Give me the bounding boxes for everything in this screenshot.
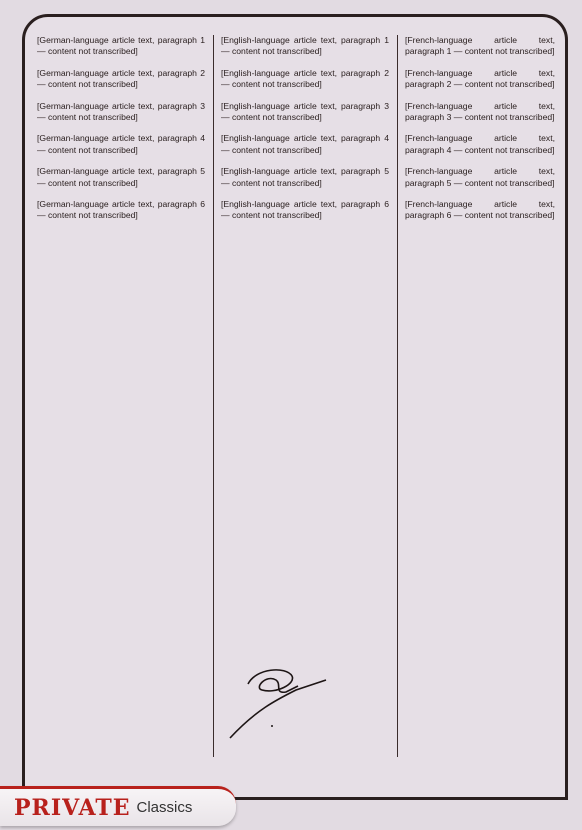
paragraph: [German-language article text, paragraph… [37,133,205,156]
paragraph: [English-language article text, paragrap… [221,68,389,91]
brand-logo: PRIVATE [14,795,130,821]
paragraph: [French-language article text, paragraph… [405,101,555,124]
column-divider [213,35,214,757]
paragraph: [English-language article text, paragrap… [221,133,389,156]
paragraph: [German-language article text, paragraph… [37,199,205,222]
paragraph: [French-language article text, paragraph… [405,35,555,58]
brand-subtitle: Classics [136,799,192,816]
column-german: [German-language article text, paragraph… [37,35,205,787]
paragraph: [English-language article text, paragrap… [221,166,389,189]
paragraph: [German-language article text, paragraph… [37,68,205,91]
column-french: [French-language article text, paragraph… [405,35,555,787]
paragraph: [French-language article text, paragraph… [405,199,555,222]
paragraph: [English-language article text, paragrap… [221,101,389,124]
signature-icon [226,660,336,740]
paragraph: [French-language article text, paragraph… [405,166,555,189]
paragraph: [German-language article text, paragraph… [37,166,205,189]
paragraph: [French-language article text, paragraph… [405,133,555,156]
paragraph: [English-language article text, paragrap… [221,35,389,58]
paragraph: [German-language article text, paragraph… [37,101,205,124]
brand-banner: PRIVATE Classics [0,786,236,826]
paragraph: [English-language article text, paragrap… [221,199,389,222]
paragraph: [French-language article text, paragraph… [405,68,555,91]
column-divider [397,35,398,757]
paragraph: [German-language article text, paragraph… [37,35,205,58]
